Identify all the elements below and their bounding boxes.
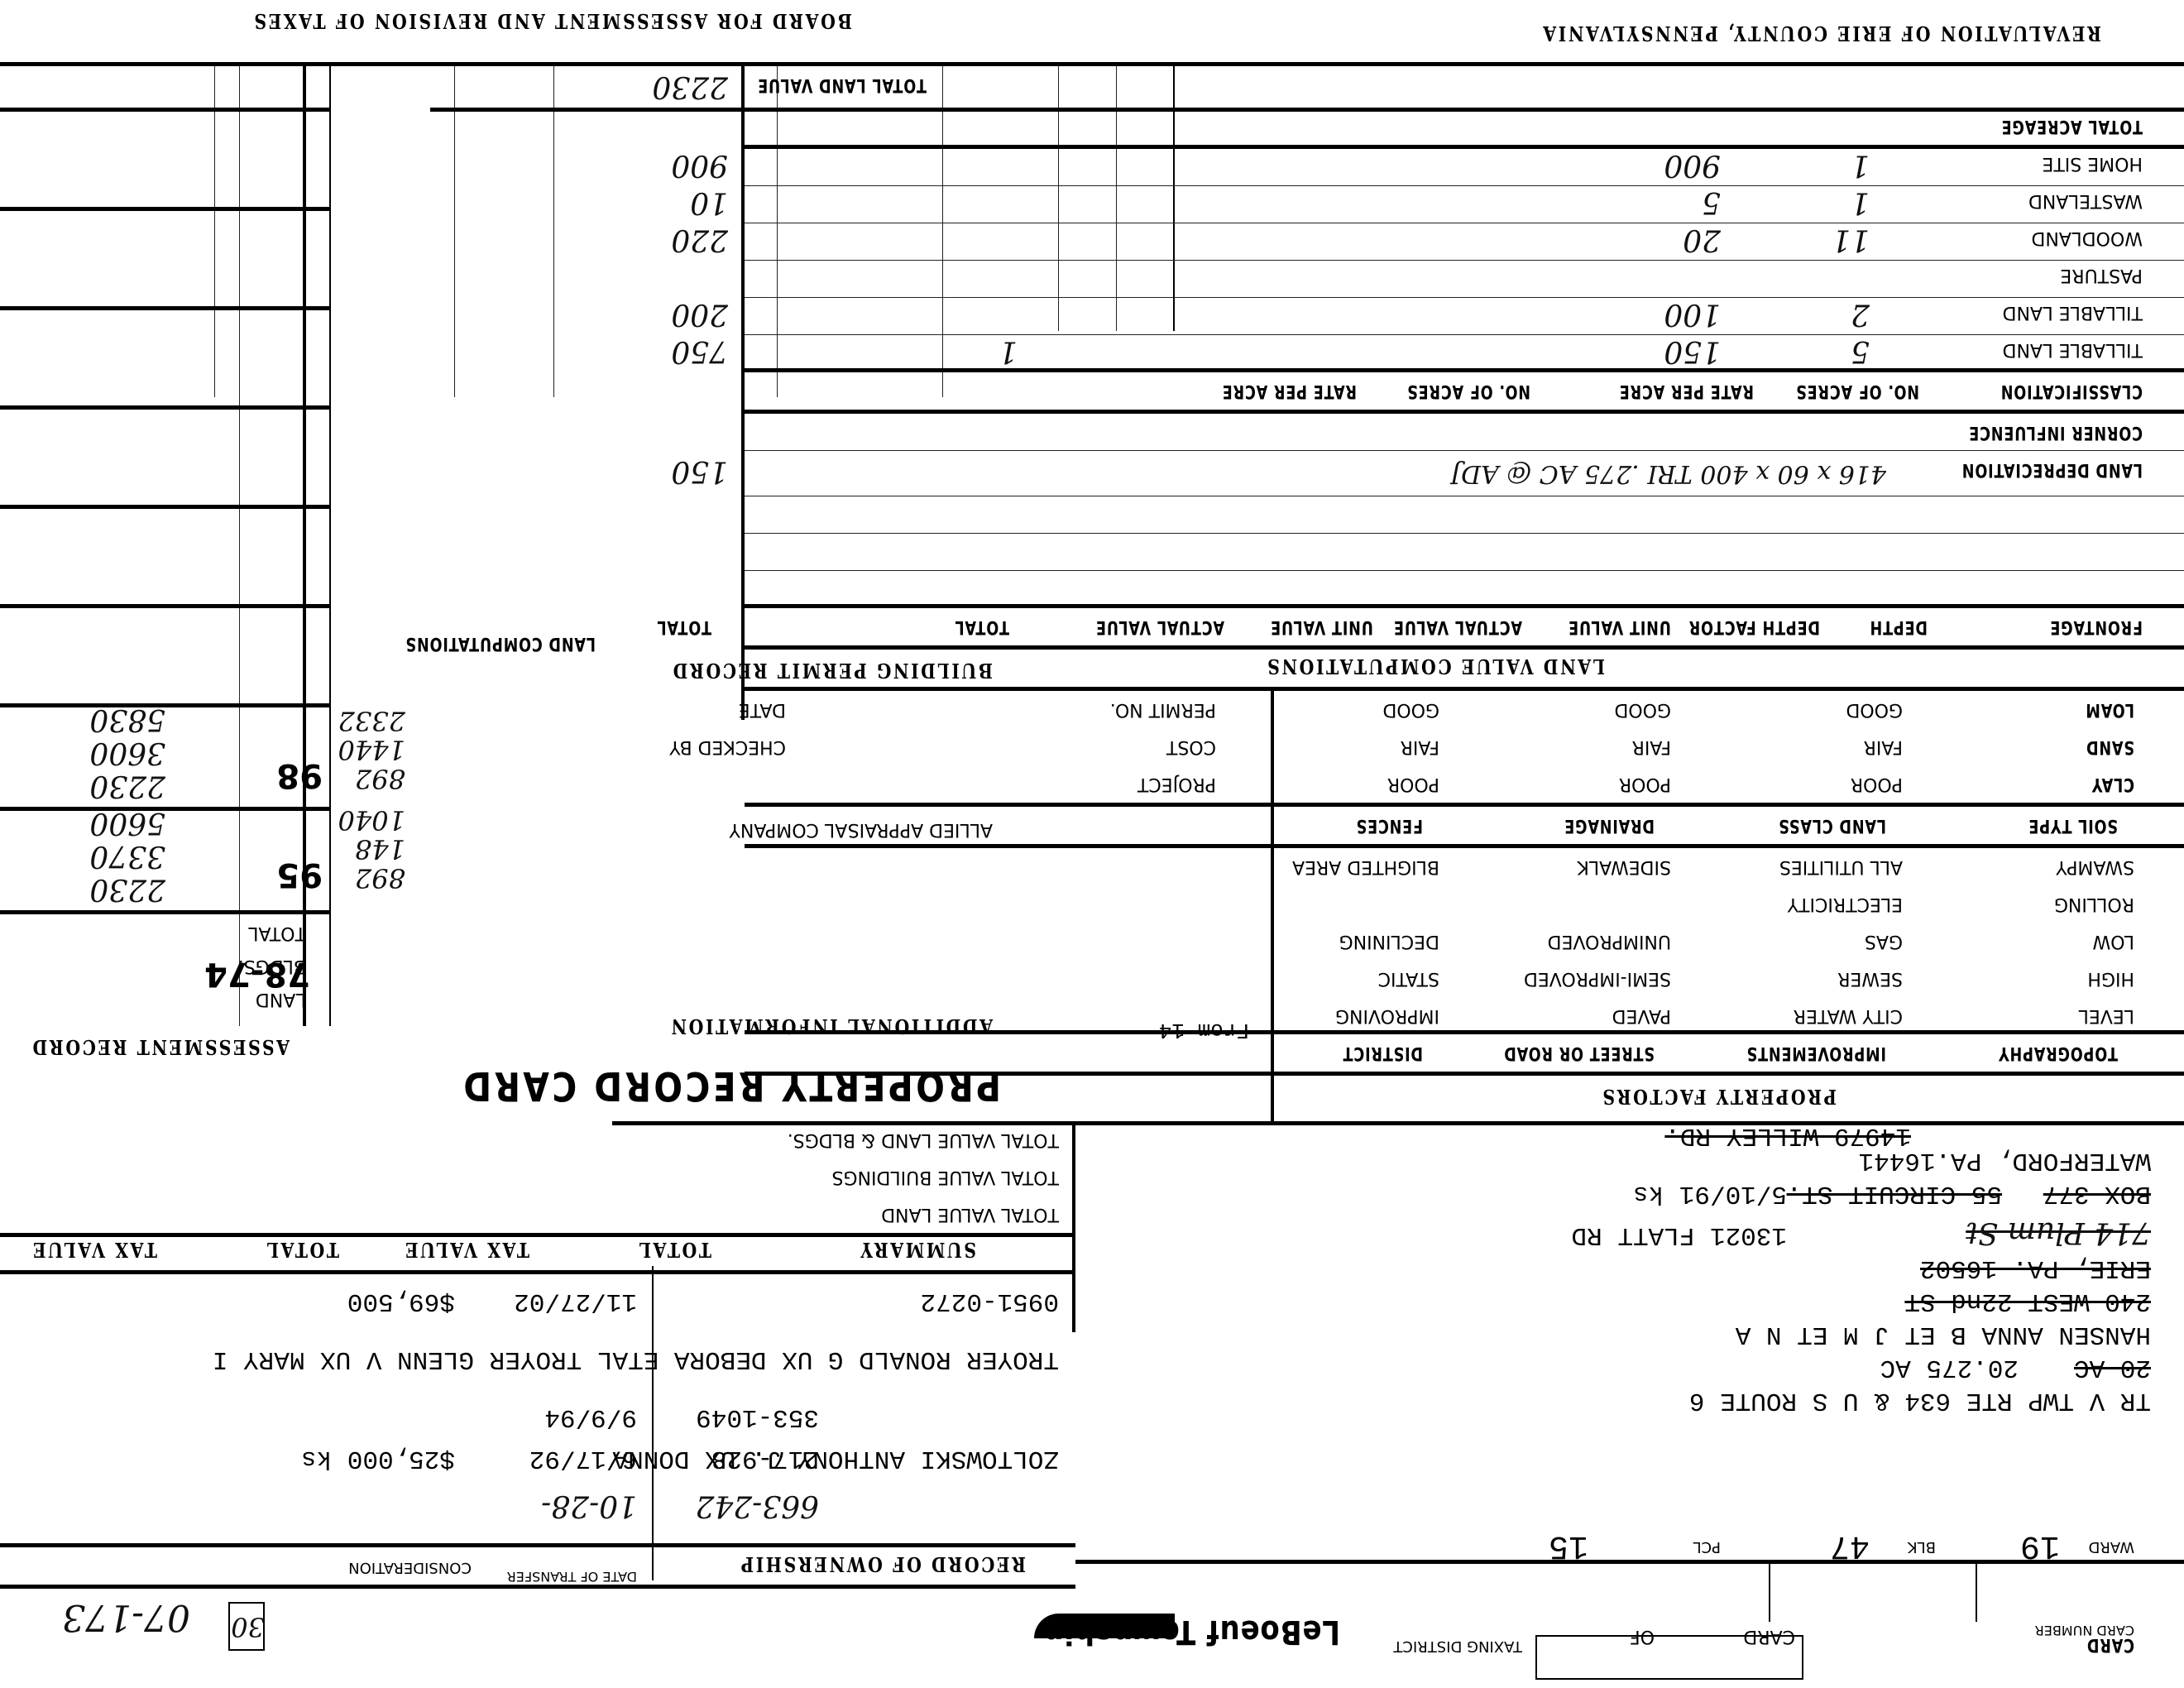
lvc-title: LAND VALUE COMPUTATIONS <box>1266 655 1605 679</box>
rule <box>745 645 2184 650</box>
pf-header-improvements: IMPROVEMENTS <box>1746 1043 1886 1063</box>
rule <box>0 1585 1075 1589</box>
ownership-deed-1: 663-242 <box>695 1489 819 1523</box>
pf-soil-loam: LOAM <box>2086 699 2134 720</box>
footer-divider <box>1976 1564 1977 1622</box>
summary-col-tax-value: TAX VALUE <box>404 1238 529 1262</box>
land-table-right-border <box>741 66 745 720</box>
lvc-header-frontage: FRONTAGE <box>2050 616 2143 637</box>
owner-line-location: TR V TWP RTE 634 & U S ROUTE 6 <box>1689 1386 2151 1415</box>
lvc-header-depth: DEPTH <box>1870 616 1928 637</box>
rule <box>0 703 331 707</box>
owner-line-name: HANSEN ANNA B ET J M ET N A <box>1736 1320 2151 1349</box>
calc-148: 148 <box>355 833 405 865</box>
owner-line-acres-old: 20 AC <box>2074 1353 2151 1382</box>
pf-topo-swampy: SWAMPY <box>2056 856 2134 877</box>
header-rule <box>0 62 2184 66</box>
pf-header-land-class: LAND CLASS <box>1778 815 1886 836</box>
woodland-rate: 20 <box>1683 223 1721 257</box>
block-label: BLK <box>1908 1538 1936 1556</box>
row-label-pasture: PASTURE <box>2060 265 2143 285</box>
wasteland-total: 10 <box>690 185 728 219</box>
pf-landclass-fair: FAIR <box>1864 736 1903 757</box>
pf-road-unimproved: UNIMPROVED <box>1548 931 1671 952</box>
ward-value: 19 <box>2020 1527 2060 1564</box>
owner-line-city-old: ERIE, PA. 16502 <box>1920 1254 2151 1283</box>
tillable-2-acres: 5 <box>1851 334 1870 368</box>
pf-soil-clay: CLAY <box>2091 774 2134 794</box>
summary-left-border <box>1072 1125 1075 1332</box>
permit-no-label: PERMIT NO. <box>1110 699 1216 720</box>
rule <box>1075 1560 2184 1564</box>
ownership-consideration-2: $25,000 ks <box>301 1444 455 1473</box>
rule <box>0 1270 1075 1274</box>
rule <box>745 297 2184 298</box>
rule <box>0 910 331 914</box>
ownership-consideration-5: $69,500 <box>347 1287 455 1316</box>
parcel-value: 15 <box>1549 1527 1588 1564</box>
ownership-col-date: DATE OF TRANSFER <box>507 1569 637 1585</box>
summary-col-tax-value-2: TAX VALUE <box>31 1238 157 1262</box>
ownership-name-4: TROYER RONALD G UX DEBORA ETAL TROYER GL… <box>213 1345 1059 1374</box>
pf-fences-good: GOOD <box>1382 699 1439 720</box>
ownership-date-5: 11/27/02 <box>514 1287 637 1316</box>
row-label-home-site: HOME SITE <box>2042 153 2143 174</box>
woodland-total: 220 <box>671 223 728 257</box>
rule <box>745 223 2184 223</box>
calc-892: 892 <box>355 862 405 894</box>
owner-line-box: BOX 377 <box>2043 1179 2151 1208</box>
col-divider <box>214 66 215 397</box>
pf-imp-all-utilities: ALL UTILITIES <box>1779 856 1903 877</box>
rule <box>745 604 2184 608</box>
rule <box>745 334 2184 335</box>
lvc-header-total-2: TOTAL <box>657 616 711 637</box>
row-label-bldgs: BLDGS. <box>238 956 306 976</box>
total-land-value: 2230 <box>652 70 728 103</box>
rule <box>745 687 2184 691</box>
permit-date-label: DATE <box>739 699 786 720</box>
land-depreciation-value: 150 <box>671 454 728 488</box>
assess-1995-land: 2230 <box>89 872 165 906</box>
summary-title: SUMMARY <box>859 1238 976 1262</box>
lvc-header-depth-factor: DEPTH FACTOR <box>1688 616 1820 637</box>
pf-header-district: DISTRICT <box>1343 1043 1423 1063</box>
lvc-header-total: TOTAL <box>955 616 1009 637</box>
col-divider <box>1058 66 1059 331</box>
card-number-label: CARD NUMBER <box>2035 1623 2134 1638</box>
rule <box>0 108 331 112</box>
col-divider <box>1116 66 1117 331</box>
parcel-label: PCL <box>1693 1538 1721 1556</box>
rule <box>0 306 331 310</box>
lvc-header-actual-value-2: ACTUAL VALUE <box>1095 616 1224 637</box>
col-divider <box>553 66 554 397</box>
pf-drainage-poor: POOR <box>1619 774 1671 794</box>
boxed-number: 30 <box>231 1611 265 1642</box>
pf-imp-electricity: ELECTRICITY <box>1788 894 1903 914</box>
wasteland-acres: 1 <box>1851 185 1870 219</box>
ownership-date-3: 9/9/94 <box>544 1403 637 1431</box>
header-rate-per-acre-2: RATE PER ACRE <box>1222 381 1357 401</box>
additional-info-title: ADDITIONAL INFORMATION <box>669 1014 993 1038</box>
pf-topo-high: HIGH <box>2087 968 2134 989</box>
rule <box>0 1543 1075 1547</box>
row-label-woodland: WOODLAND <box>2031 228 2143 248</box>
owner-line-willey: 14979 WILLEY RD. <box>1664 1121 1911 1150</box>
owner-line-addr-current: 13021 FLATT RD <box>1572 1220 1787 1249</box>
pf-district-blighted: BLIGHTED AREA <box>1292 856 1439 877</box>
pf-right-border <box>1271 691 1274 1125</box>
rule <box>745 260 2184 261</box>
calc-1040: 1040 <box>338 804 405 836</box>
rule <box>430 108 2184 112</box>
pf-drainage-good: GOOD <box>1614 699 1671 720</box>
pf-fences-poor: POOR <box>1387 774 1439 794</box>
owner-line-acres: 20.275 AC <box>1880 1353 2019 1382</box>
appraisal-company: ALLIED APPRAISAL COMPANY <box>729 819 993 840</box>
owner-line-city: WATERFORD, PA.16441 <box>1859 1146 2151 1175</box>
col-divider <box>454 66 455 397</box>
handwritten-code: 07-173 <box>62 1596 190 1638</box>
pf-fences-fair: FAIR <box>1401 736 1439 757</box>
pf-imp-gas: GAS <box>1865 931 1903 952</box>
assess-1998-total: 5830 <box>89 703 165 736</box>
rule <box>0 604 331 608</box>
rule <box>745 496 2184 496</box>
tillable-2-total: 750 <box>671 334 728 368</box>
pf-soil-sand: SAND <box>2086 736 2134 757</box>
permit-cost-label: COST <box>1166 736 1216 757</box>
summary-row-buildings: TOTAL VALUE BUILDINGS <box>832 1167 1059 1187</box>
assess-1995-bldgs: 3370 <box>89 839 165 873</box>
row-total-note: 1 <box>999 334 1018 368</box>
assess-1995-total: 5600 <box>89 806 165 840</box>
permit-project-label: PROJECT <box>1137 774 1216 794</box>
ownership-deed-5: 0951-0272 <box>921 1287 1059 1316</box>
pf-district-improving: IMPROVING <box>1335 1005 1439 1026</box>
woodland-acres: 11 <box>1832 223 1870 257</box>
pf-topo-level: LEVEL <box>2079 1005 2134 1026</box>
calc-2332: 2332 <box>338 705 405 736</box>
pf-imp-sewer: SEWER <box>1837 968 1903 989</box>
tillable-1-total: 200 <box>671 297 728 331</box>
pf-road-semi-improved: SEMI-IMPROVED <box>1524 968 1671 989</box>
pf-header-street-road: STREET OR ROAD <box>1503 1043 1655 1063</box>
footer-divider <box>1769 1564 1770 1622</box>
land-depreciation-note: 416 x 60 x 400 TRI .275 AC @ ADJ <box>1451 459 1886 488</box>
summary-col-total: TOTAL <box>637 1238 711 1262</box>
tillable-1-rate: 100 <box>1664 297 1721 331</box>
rule <box>745 145 2184 149</box>
ownership-deed-2: 217-928 <box>711 1444 819 1473</box>
summary-col-total-2: TOTAL <box>265 1238 339 1262</box>
header-no-of-acres: NO. OF ACRES <box>1795 381 1919 401</box>
rule <box>745 368 2184 372</box>
rule <box>745 450 2184 451</box>
pf-imp-city-water: CITY WATER <box>1794 1005 1903 1026</box>
lvc-header-unit-value-2: UNIT VALUE <box>1270 616 1373 637</box>
pf-header-fences: FENCES <box>1356 815 1423 836</box>
header-no-of-acres-2: NO. OF ACRES <box>1406 381 1530 401</box>
calc-892b: 892 <box>355 763 405 794</box>
row-label-wasteland: WASTELAND <box>2028 190 2143 211</box>
building-permit-title: BUILDING PERMIT RECORD <box>671 659 993 683</box>
year-stamp: 95 <box>276 856 323 894</box>
owner-line-addr-old-2: 714 Plum St <box>1966 1216 2151 1249</box>
tillable-2-rate: 150 <box>1664 334 1721 368</box>
pf-topo-low: LOW <box>2092 931 2134 952</box>
rule <box>0 1233 1075 1237</box>
ownership-name-2: ZOLTOWSKI ANTHONY J. UX DONNA <box>613 1444 1060 1473</box>
property-record-card: REVALUATION OF ERIE COUNTY, PENNSYLVANIA… <box>0 0 2184 1688</box>
ownership-date-2: 6/17/92 <box>529 1444 637 1473</box>
land-computations-label: LAND COMPUTATIONS <box>405 633 596 654</box>
rule <box>745 533 2184 534</box>
row-label-total-acreage: TOTAL ACREAGE <box>2001 116 2143 137</box>
header-classification: CLASSIFICATION <box>2000 381 2143 401</box>
pf-road-paved: PAVED <box>1612 1005 1671 1026</box>
row-label-land: LAND <box>256 989 306 1009</box>
rule <box>745 803 2184 807</box>
rule <box>745 185 2184 186</box>
ownership-date-1: 10-28- <box>541 1489 637 1523</box>
ownership-col-consideration: CONSIDERATION <box>348 1559 472 1576</box>
rule <box>0 207 331 211</box>
pf-landclass-good: GOOD <box>1846 699 1903 720</box>
pf-landclass-poor: POOR <box>1851 774 1903 794</box>
pf-drainage-fair: FAIR <box>1632 736 1671 757</box>
corner-influence-label: CORNER INFLUENCE <box>1968 422 2143 443</box>
rule <box>745 410 2184 414</box>
pf-district-declining: DECLINING <box>1339 931 1439 952</box>
pf-district-static: STATIC <box>1378 968 1439 989</box>
block-value: 47 <box>1830 1527 1870 1564</box>
pf-header-topography: TOPOGRAPHY <box>1998 1043 2118 1063</box>
lvc-header-actual-value: ACTUAL VALUE <box>1393 616 1522 637</box>
year-stamp: 98 <box>276 756 323 794</box>
card-of-label: OF <box>1630 1626 1655 1647</box>
home-site-rate: 900 <box>1664 148 1721 182</box>
calc-1440: 1440 <box>338 734 405 765</box>
col-divider <box>942 66 943 397</box>
ownership-divider <box>652 1266 654 1580</box>
row-label-total: TOTAL <box>248 923 306 943</box>
row-label-tillable-1: TILLABLE LAND <box>2003 302 2143 323</box>
assess-1998-bldgs: 3600 <box>89 736 165 770</box>
tillable-1-acres: 2 <box>1851 297 1870 331</box>
home-site-acres: 1 <box>1851 148 1870 182</box>
permit-checked-by-label: CHECKED BY <box>669 736 786 757</box>
col-divider <box>777 66 778 397</box>
pf-topo-rolling: ROLLING <box>2054 894 2134 914</box>
total-land-value-label: TOTAL LAND VALUE <box>757 74 927 95</box>
from-note: From 14 <box>1159 1018 1249 1043</box>
col-divider <box>1173 66 1175 331</box>
header-rate-per-acre: RATE PER ACRE <box>1619 381 1754 401</box>
row-label-tillable-2: TILLABLE LAND <box>2003 339 2143 360</box>
summary-row-land: TOTAL VALUE LAND <box>881 1204 1059 1225</box>
home-site-total: 900 <box>671 148 728 182</box>
scan-artifact <box>1034 1614 1175 1638</box>
record-of-ownership-title: RECORD OF OWNERSHIP <box>739 1552 1026 1576</box>
owner-line-change-date: 5/10/91 ks <box>1633 1179 1787 1208</box>
rule <box>745 570 2184 571</box>
land-depreciation-label: LAND DEPRECIATION <box>1961 459 2143 480</box>
pf-header-soil-type: SOIL TYPE <box>2028 815 2118 836</box>
owner-line-addr-old-1: 240 WEST 22nd ST <box>1904 1287 2151 1316</box>
ownership-deed-3: 353-1049 <box>696 1403 819 1431</box>
assessment-record-title: ASSESSMENT RECORD <box>31 1035 290 1059</box>
card-title: PROPERTY RECORD CARD <box>461 1062 1001 1109</box>
pf-road-sidewalk: SIDEWALK <box>1577 856 1671 877</box>
card-of-card-label: CARD <box>1743 1626 1795 1647</box>
rule <box>745 844 2184 848</box>
property-factors-title: PROPERTY FACTORS <box>1601 1085 1837 1109</box>
owner-line-circuit: 55 CIRCUIT ST. <box>1787 1179 2002 1208</box>
ward-label: WARD <box>2089 1538 2135 1556</box>
taxing-district-label: TAXING DISTRICT <box>1393 1638 1522 1655</box>
wasteland-rate: 5 <box>1702 185 1721 219</box>
pf-header-drainage: DRAINAGE <box>1564 815 1655 836</box>
rule <box>0 505 331 509</box>
header-right-title: BOARD FOR ASSESSMENT AND REVISION OF TAX… <box>252 9 852 33</box>
lvc-header-unit-value: UNIT VALUE <box>1568 616 1671 637</box>
header-left-title: REVALUATION OF ERIE COUNTY, PENNSYLVANIA <box>1541 22 2101 46</box>
assess-1998-land: 2230 <box>89 769 165 803</box>
rule <box>0 405 331 410</box>
rule <box>612 1121 2184 1125</box>
summary-row-land-bldgs: TOTAL VALUE LAND & BLDGS. <box>788 1129 1059 1150</box>
rule <box>0 807 331 811</box>
